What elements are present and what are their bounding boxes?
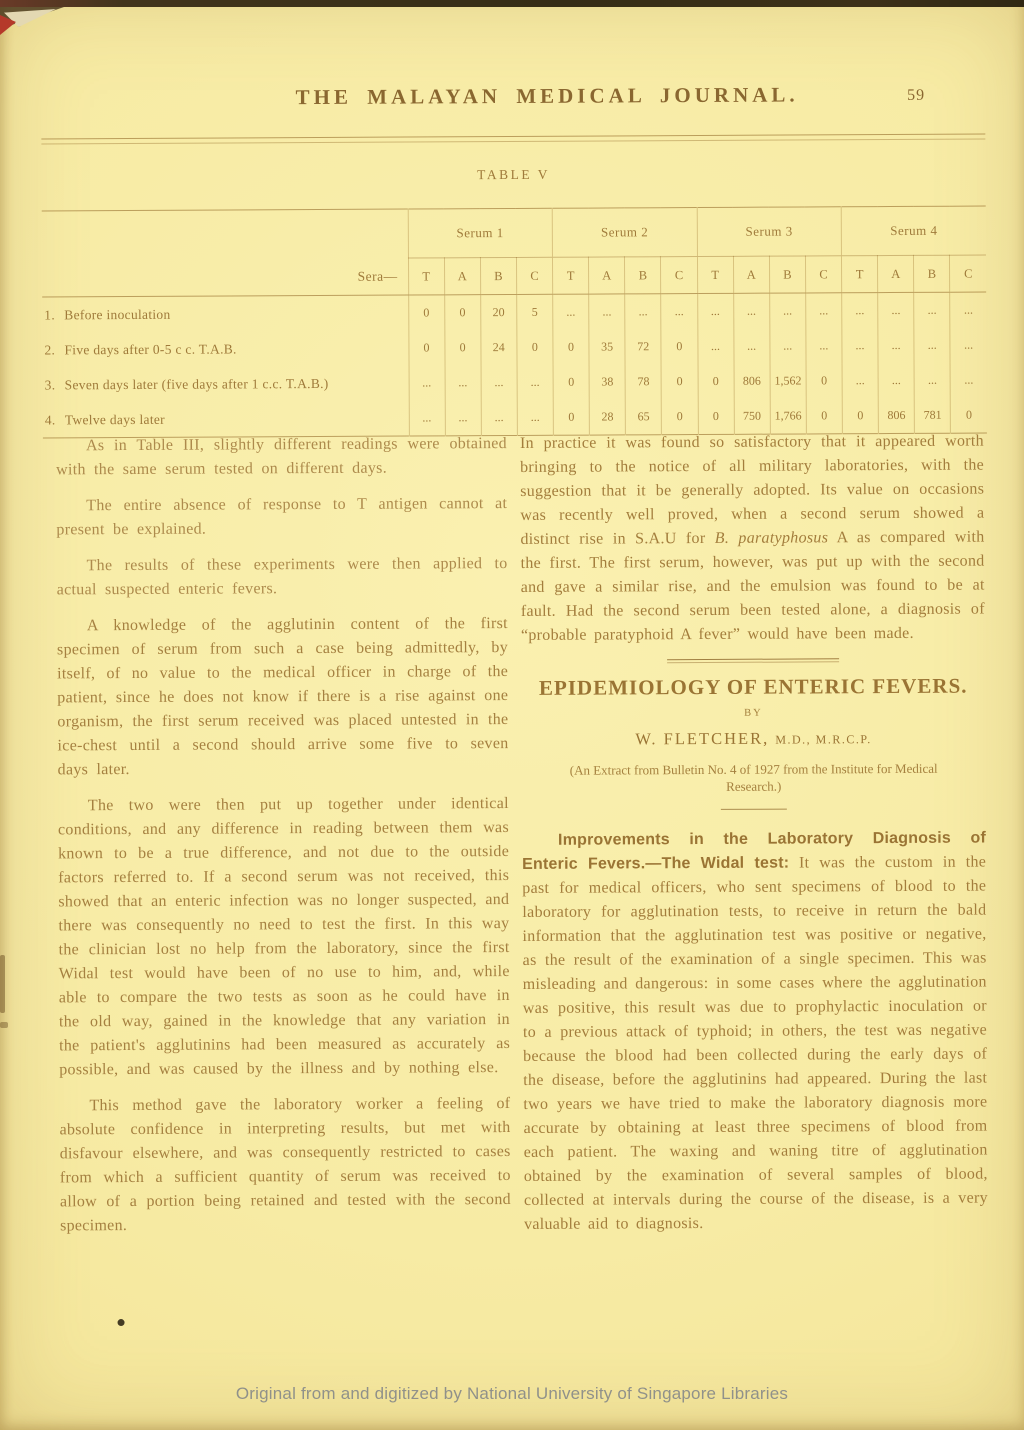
table-cell: ...: [445, 400, 481, 436]
table-cell: 38: [589, 364, 625, 399]
antigen-col-header: B: [625, 257, 661, 294]
left-text-column: As in Table III, slightly different read…: [56, 432, 511, 1250]
table-cell: 0: [842, 398, 878, 434]
source-note: (An Extract from Bulletin No. 4 of 1927 …: [549, 760, 959, 796]
antigen-col-header: A: [733, 256, 769, 293]
author-name: W. FLETCHER,: [635, 729, 769, 749]
table-cell: ...: [625, 294, 661, 330]
paragraph: The two were then put up together under …: [58, 792, 511, 1082]
antigen-col-header: B: [480, 257, 516, 294]
table-cell: 24: [481, 330, 517, 365]
article-title: EPIDEMIOLOGY OF ENTERIC FEVERS.: [521, 674, 985, 701]
table-cell: ...: [914, 363, 950, 398]
table-cell: 750: [734, 399, 770, 435]
table-cell: ...: [697, 293, 733, 329]
table-cell: 806: [734, 364, 770, 399]
table-cell: 0: [408, 295, 444, 331]
journal-title: THE MALAYAN MEDICAL JOURNAL.: [67, 81, 1024, 111]
table-cell: 0: [444, 330, 480, 365]
table-cell: ...: [409, 400, 445, 436]
table-cell: 0: [951, 398, 987, 434]
table-cell: ...: [914, 292, 950, 328]
ink-dot-artifact: [118, 1319, 125, 1326]
table-cell: ...: [733, 329, 769, 364]
table-cell: ...: [842, 328, 878, 363]
table-cell: 1,562: [770, 363, 806, 398]
table-cell: ...: [481, 365, 517, 400]
table-cell: ...: [481, 400, 517, 436]
table-cell: 0: [408, 330, 444, 365]
antigen-col-header: A: [878, 255, 914, 292]
antigen-col-header: A: [589, 257, 625, 294]
row-number: 2.: [44, 342, 64, 358]
table-cell: 0: [698, 399, 734, 435]
paragraph: In practice it was found so satisfactory…: [520, 430, 985, 648]
antigen-col-header: B: [914, 255, 950, 292]
paragraph: This method gave the laboratory worker a…: [59, 1092, 511, 1238]
table-cell: ...: [842, 293, 878, 329]
antigen-col-header: C: [516, 257, 552, 294]
author-line: W. FLETCHER, M.D., M.R.C.P.: [521, 728, 985, 750]
row-label-text: Twelve days later: [65, 411, 165, 427]
antigen-col-header: T: [841, 256, 877, 293]
table-cell: 0: [661, 364, 697, 399]
table-cell: 78: [625, 364, 661, 399]
table-cell: ...: [733, 293, 769, 329]
antigen-col-header: B: [769, 256, 805, 293]
small-divider: [721, 809, 787, 810]
antigen-col-header: T: [697, 256, 733, 293]
table-cell: ...: [589, 294, 625, 330]
table-caption: TABLE V: [42, 165, 986, 186]
header-rule: [41, 134, 985, 145]
paragraph: As in Table III, slightly different read…: [56, 432, 507, 482]
table-cell: ...: [950, 292, 986, 328]
table-row-label: 3.Seven days later (five days after 1 c.…: [43, 366, 409, 403]
row-number: 3.: [45, 377, 65, 393]
table-cell: 0: [553, 330, 589, 365]
table-cell: ...: [950, 328, 986, 363]
table-v-wrapper: Serum 1 Serum 2 Serum 3 Serum 4 Sera— T …: [42, 206, 987, 439]
page-content: THE MALAYAN MEDICAL JOURNAL. 59 TABLE V …: [0, 0, 1024, 1430]
table-cell: 20: [480, 294, 516, 330]
table-cell: ...: [697, 329, 733, 364]
table-cell: ...: [553, 294, 589, 330]
table-cell: ...: [517, 400, 553, 436]
antigen-col-header: C: [805, 256, 841, 293]
table-corner-cell: [42, 209, 408, 260]
row-number: 4.: [45, 412, 65, 428]
table-cell: 35: [589, 329, 625, 364]
table-cell: 0: [698, 364, 734, 399]
antigen-header-row: Sera— T A B C T A B C T A B C T: [42, 255, 986, 297]
antigen-col-header: C: [661, 257, 697, 294]
table-row: 1.Before inoculation 0 0 20 5 ... ... ..…: [42, 292, 986, 332]
table-row-label: 1.Before inoculation: [42, 295, 408, 332]
table-v: Serum 1 Serum 2 Serum 3 Serum 4 Sera— T …: [42, 206, 987, 439]
table-cell: ...: [878, 292, 914, 328]
table-cell: 0: [444, 295, 480, 331]
table-cell: ...: [950, 363, 986, 398]
serum-group-header: Serum 2: [552, 208, 697, 258]
table-row-label: 2.Five days after 0-5 c c. T.A.B.: [42, 331, 408, 368]
paragraph: A knowledge of the agglutinin content of…: [57, 612, 509, 782]
table-cell: 5: [517, 294, 553, 330]
table-cell: ...: [878, 363, 914, 398]
table-cell: 65: [625, 399, 661, 435]
byline-prefix: BY: [521, 707, 985, 720]
author-degrees: M.D., M.R.C.P.: [775, 732, 871, 747]
paragraph: The entire absence of response to T anti…: [56, 492, 507, 542]
table-cell: ...: [878, 328, 914, 363]
antigen-col-header: A: [444, 258, 480, 295]
table-cell: 0: [553, 400, 589, 436]
table-row: 3.Seven days later (five days after 1 c.…: [43, 363, 987, 403]
table-cell: 1,766: [770, 398, 806, 434]
table-row: 2.Five days after 0-5 c c. T.A.B. 0 0 24…: [42, 328, 986, 368]
table-cell: ...: [842, 363, 878, 398]
table-cell: ...: [770, 328, 806, 363]
row-number: 1.: [44, 307, 64, 323]
serum-group-header: Serum 4: [841, 206, 986, 256]
row-label-text: Five days after 0-5 c c. T.A.B.: [64, 341, 236, 357]
row-label-text: Seven days later (five days after 1 c.c.…: [65, 375, 329, 391]
antigen-col-header: T: [552, 257, 588, 294]
antigen-col-header: T: [408, 258, 444, 295]
table-cell: ...: [661, 294, 697, 330]
table-cell: 0: [806, 363, 842, 398]
table-cell: 781: [914, 398, 950, 434]
serum-group-header: Serum 1: [408, 208, 553, 258]
digitization-credit: Original from and digitized by National …: [0, 1384, 1024, 1404]
sera-label: Sera—: [42, 258, 408, 297]
table-cell: ...: [806, 293, 842, 329]
table-cell: 806: [878, 398, 914, 434]
table-cell: 0: [517, 330, 553, 365]
table-cell: 72: [625, 329, 661, 364]
table-cell: 28: [589, 399, 625, 435]
table-cell: ...: [445, 365, 481, 400]
table-cell: 0: [661, 329, 697, 364]
table-cell: ...: [806, 328, 842, 363]
section-divider: [667, 658, 839, 663]
table-cell: 0: [662, 399, 698, 435]
scanned-journal-page: THE MALAYAN MEDICAL JOURNAL. 59 TABLE V …: [0, 0, 1024, 1430]
table-cell: 0: [553, 365, 589, 400]
table-cell: ...: [409, 365, 445, 400]
serum-group-header-row: Serum 1 Serum 2 Serum 3 Serum 4: [42, 206, 986, 260]
paragraph: The results of these experiments were th…: [57, 552, 508, 602]
right-text-column: In practice it was found so satisfactory…: [520, 430, 988, 1237]
table-cell: ...: [769, 293, 805, 329]
paragraph: Improvements in the Laboratory Diagnosis…: [522, 827, 988, 1237]
paragraph-text: It was the custom in the past for medica…: [522, 854, 988, 1233]
species-name-italic: B. paratyphosus: [715, 529, 829, 547]
table-cell: ...: [914, 328, 950, 363]
antigen-col-header: C: [950, 255, 986, 292]
table-cell: 0: [806, 398, 842, 434]
serum-group-header: Serum 3: [697, 207, 842, 257]
page-number: 59: [907, 87, 925, 105]
row-label-text: Before inoculation: [64, 306, 170, 322]
table-cell: ...: [517, 365, 553, 400]
